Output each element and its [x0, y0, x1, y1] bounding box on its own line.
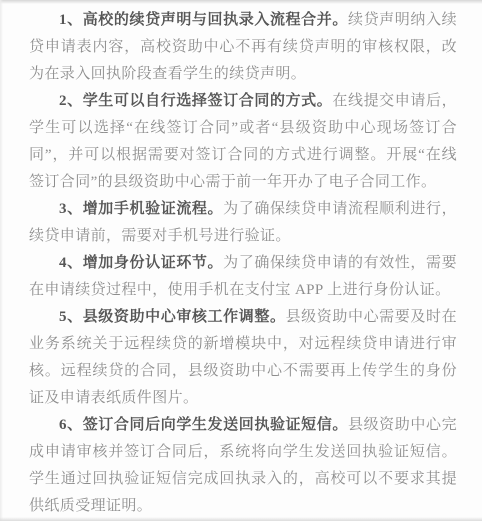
paragraph-1: 1、高校的续贷声明与回执录入流程合并。续贷声明纳入续贷申请表内容，高校资助中心不…	[29, 7, 457, 88]
paragraph-3: 3、增加手机验证流程。为了确保续贷申请流程顺利进行，续贷申请前，需要对手机号进行…	[29, 196, 457, 250]
paragraph-2: 2、学生可以自行选择签订合同的方式。在线提交申请后，学生可以选择“在线签订合同”…	[29, 88, 457, 196]
scan-edge-top	[0, 0, 482, 4]
paragraph-4-lead: 4、增加身份认证环节。	[59, 255, 223, 271]
paragraph-1-lead: 1、高校的续贷声明与回执录入流程合并。	[59, 12, 348, 28]
paragraph-5-lead: 5、县级资助中心审核工作调整。	[59, 309, 286, 325]
document-text-block: 1、高校的续贷声明与回执录入流程合并。续贷声明纳入续贷申请表内容，高校资助中心不…	[29, 7, 457, 520]
scanned-document-page: 1、高校的续贷声明与回执录入流程合并。续贷声明纳入续贷申请表内容，高校资助中心不…	[0, 0, 482, 521]
paragraph-4: 4、增加身份认证环节。为了确保续贷申请的有效性，需要在申请续贷过程中，使用手机在…	[29, 250, 457, 304]
paragraph-5: 5、县级资助中心审核工作调整。县级资助中心需要及时在业务系统关于远程续贷的新增模…	[29, 304, 457, 412]
paragraph-6: 6、签订合同后向学生发送回执验证短信。县级资助中心完成申请审核并签订合同后，系统…	[29, 412, 457, 520]
paragraph-3-lead: 3、增加手机验证流程。	[59, 201, 223, 217]
paragraph-2-lead: 2、学生可以自行选择签订合同的方式。	[59, 93, 332, 109]
scan-edge-left	[0, 0, 3, 521]
paragraph-6-lead: 6、签订合同后向学生发送回执验证短信。	[59, 417, 348, 433]
scan-edge-bottom	[0, 517, 482, 521]
